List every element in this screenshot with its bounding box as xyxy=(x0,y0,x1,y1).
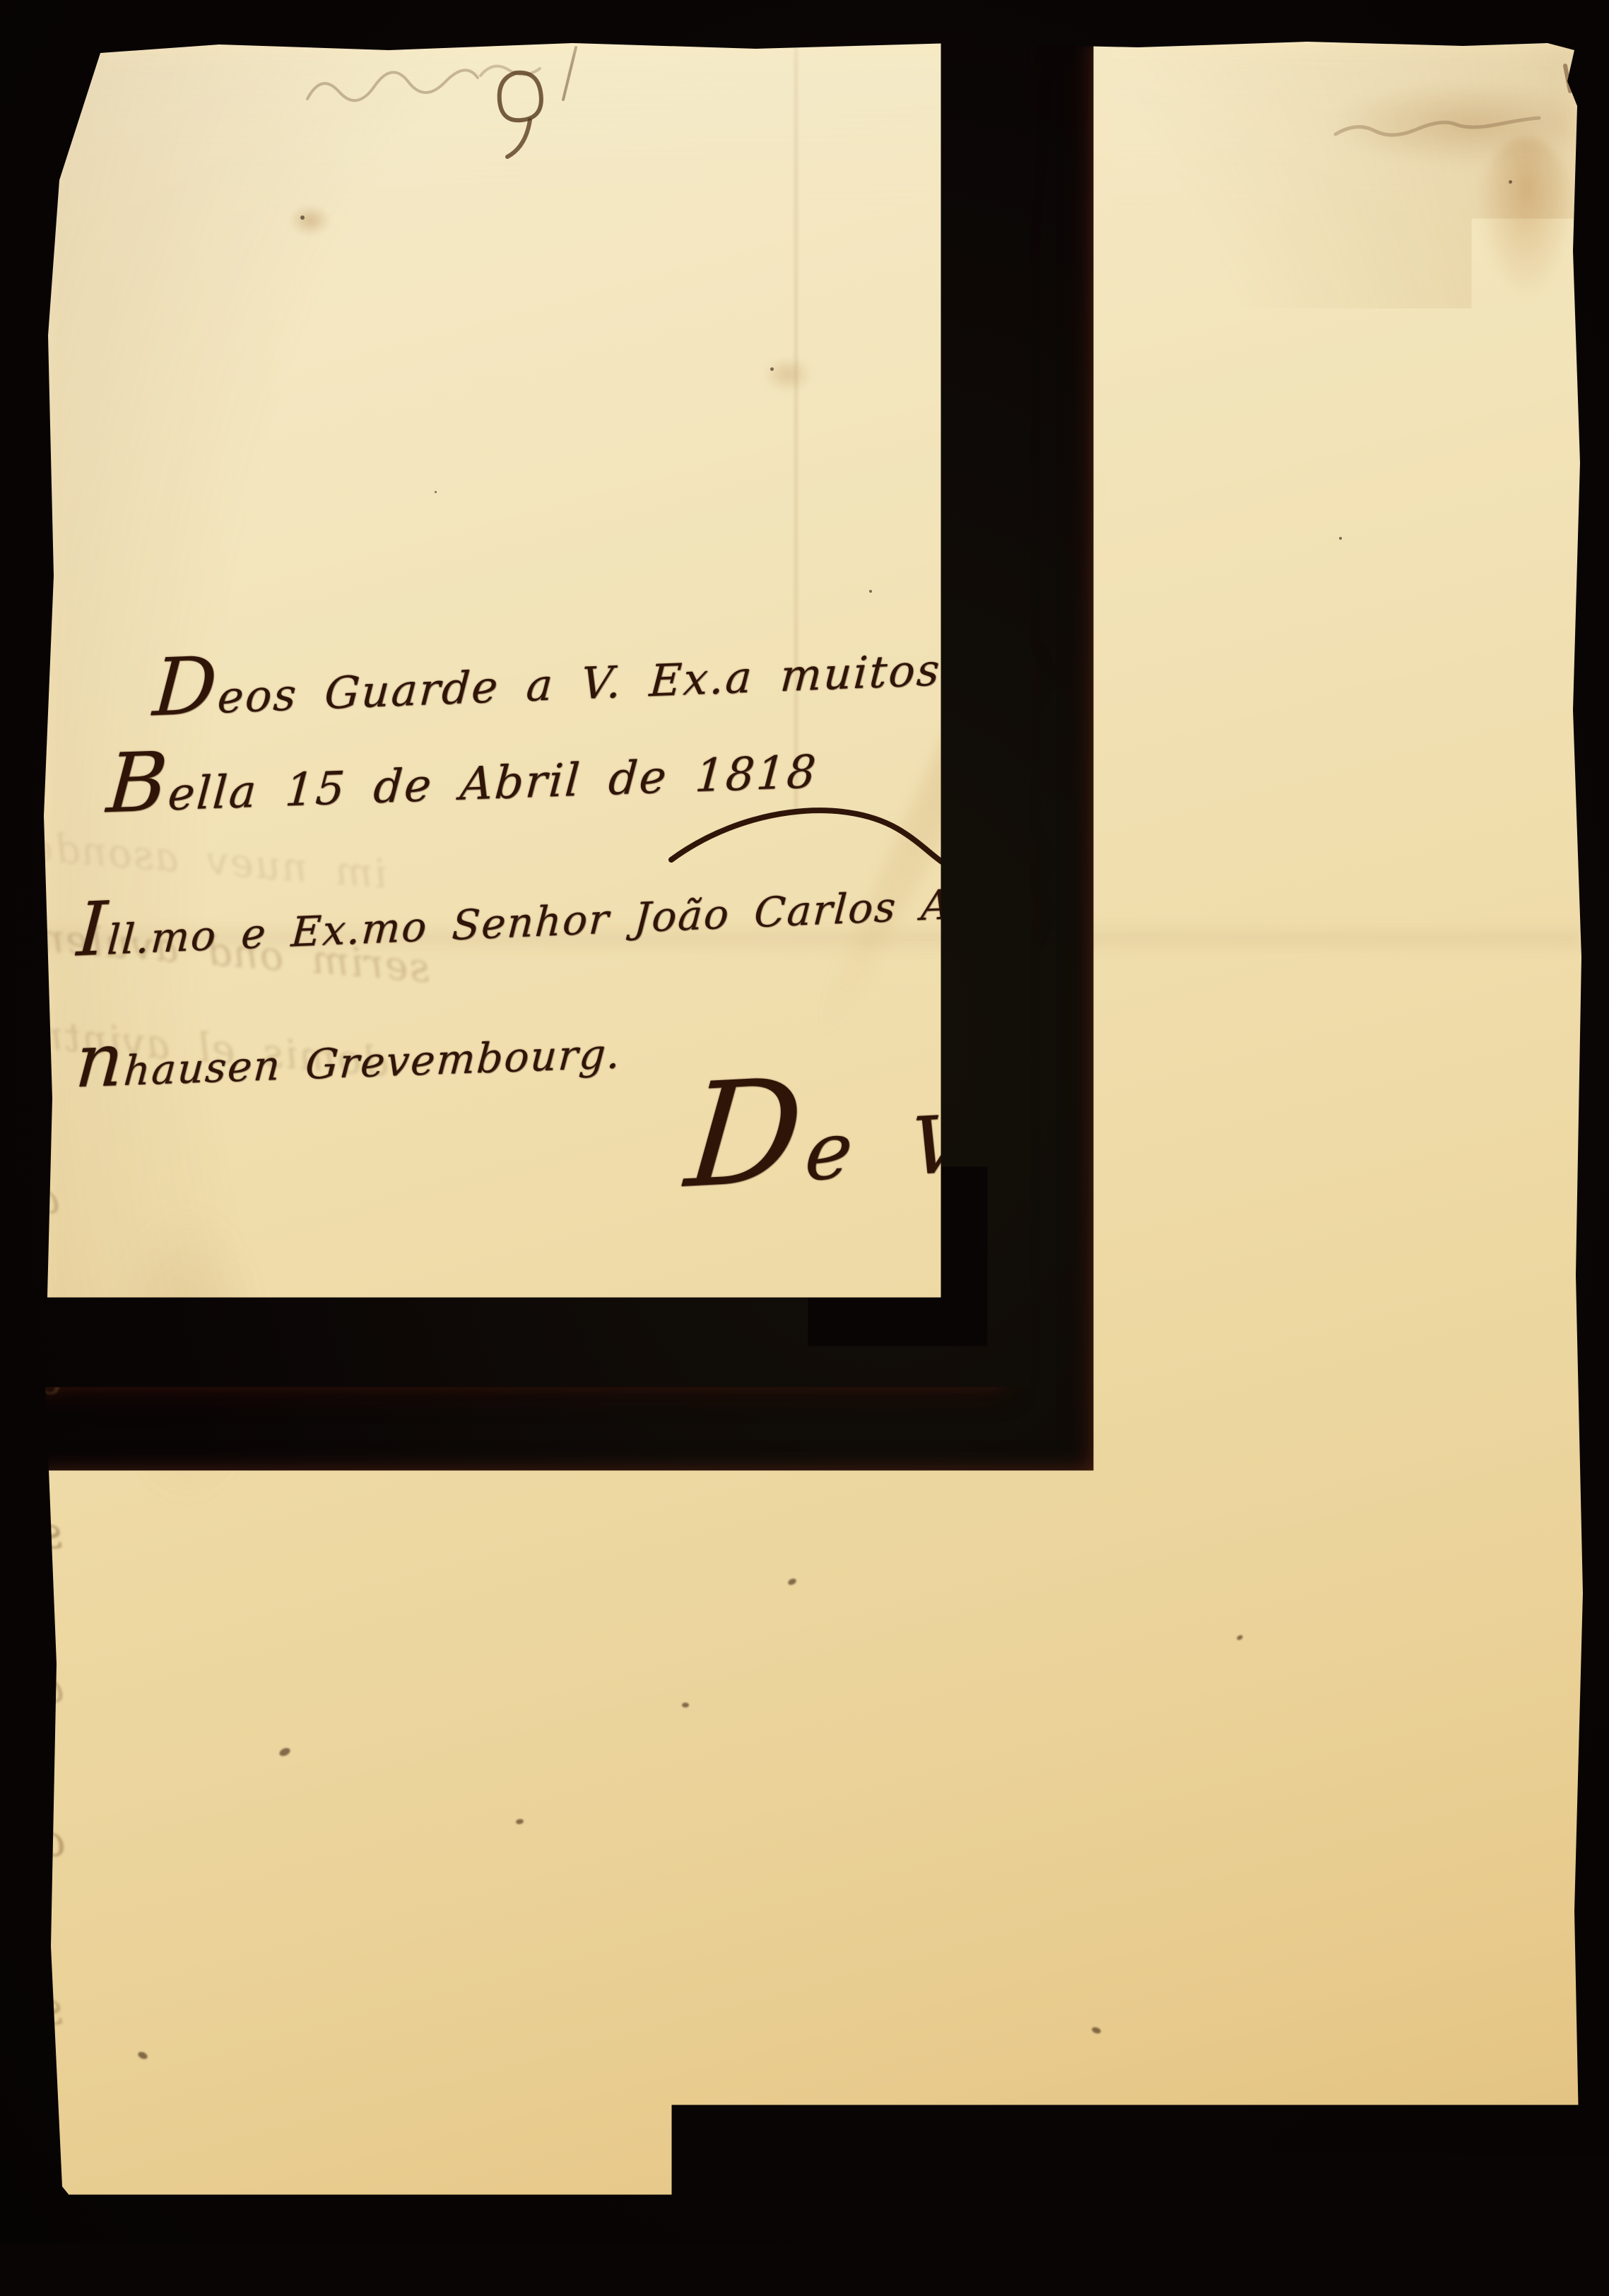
ink-soak-blob xyxy=(682,1703,689,1708)
bleedthrough-line: anvemos de silura compane os dilavem fru… xyxy=(0,2040,67,2215)
ink-speck xyxy=(770,367,774,371)
bleedthrough-line: im nuev asonde mi parlem covas de sintur… xyxy=(0,1797,23,1972)
ink-soak-blob xyxy=(876,2193,885,2200)
ink-flourish-signature xyxy=(965,2079,1113,2245)
bleedthrough-line: os clavem di rusten apolive me candiso a… xyxy=(0,1696,68,1866)
ink-soak-blob xyxy=(787,1578,797,1586)
ink-soak-blob xyxy=(278,1746,292,1758)
bleedthrough-line: el mirova sendas acoplem di surane mo va… xyxy=(0,1632,25,1803)
docket-ink-marks xyxy=(304,39,700,173)
ink-flourish-closing xyxy=(1141,1832,1304,2037)
bleedthrough-line: anvemos de silura compane os dilavem fru… xyxy=(0,1541,66,1712)
bleedthrough-line: domis el avintra que sonale pidem corvas… xyxy=(0,1451,23,1622)
ink-soak-blob xyxy=(515,1818,524,1825)
address-line-2: nhausen Grevembourg. xyxy=(73,1014,624,1095)
ink-speck xyxy=(1095,47,1098,50)
stain-spot xyxy=(290,205,331,236)
valediction: De V. Ex.a xyxy=(682,1054,1245,1202)
stain-patch xyxy=(113,1205,261,1501)
bleedthrough-line: im nuev asonde mi parlem covas de sintur… xyxy=(0,1297,22,1468)
ink-speck xyxy=(1533,2172,1536,2175)
ink-soak-blob xyxy=(1091,2026,1102,2035)
ink-speck xyxy=(435,491,437,493)
ink-speck xyxy=(869,590,872,593)
ink-soak-blob xyxy=(247,1299,253,1305)
bleedthrough-line: anvemos de silura compane os dilavem fru… xyxy=(0,1053,62,1224)
ink-soak-blob xyxy=(137,2050,148,2060)
docket-ink-marks-right xyxy=(1321,46,1604,173)
stain-spot xyxy=(763,357,813,392)
ink-flourish-valediction xyxy=(1187,1120,1371,1318)
closing-line: O mais obed.te Subd.o e fiel xyxy=(437,1821,1220,1933)
ink-soak-blob xyxy=(1236,1634,1244,1641)
salutation-line-1: Deos Guarde a V. Ex.a muitos annos Villa xyxy=(151,617,1246,725)
manuscript-page: im nuev asonde mi parlem covas de sintur… xyxy=(35,39,1583,2264)
manuscript-photograph: im nuev asonde mi parlem covas de sintur… xyxy=(0,0,1609,2296)
bleedthrough-line: domis el avintra que sonale pidem corvas… xyxy=(0,1950,24,2125)
ink-speck xyxy=(1339,537,1342,540)
ink-speck xyxy=(1509,180,1512,184)
ink-speck xyxy=(300,215,305,220)
bleedthrough-line: el mirova sendas acoplem di surane mo va… xyxy=(0,2102,25,2278)
bleedthrough-line: el mirova sendas acoplem di surane mo va… xyxy=(0,1143,20,1314)
bleedthrough-line: os clavem di rusten apolive me candiso a… xyxy=(0,1233,64,1404)
ink-soak-blob xyxy=(590,1459,596,1464)
bleedthrough-line: serim ond avulem prosina e camiler dos u… xyxy=(0,1387,65,1558)
bleedthrough-line: serim ond avulem prosina e camiler dos u… xyxy=(0,1860,66,2035)
ink-speck xyxy=(505,2201,509,2204)
stain-streak xyxy=(803,457,1119,1047)
ink-speck xyxy=(675,2190,678,2193)
